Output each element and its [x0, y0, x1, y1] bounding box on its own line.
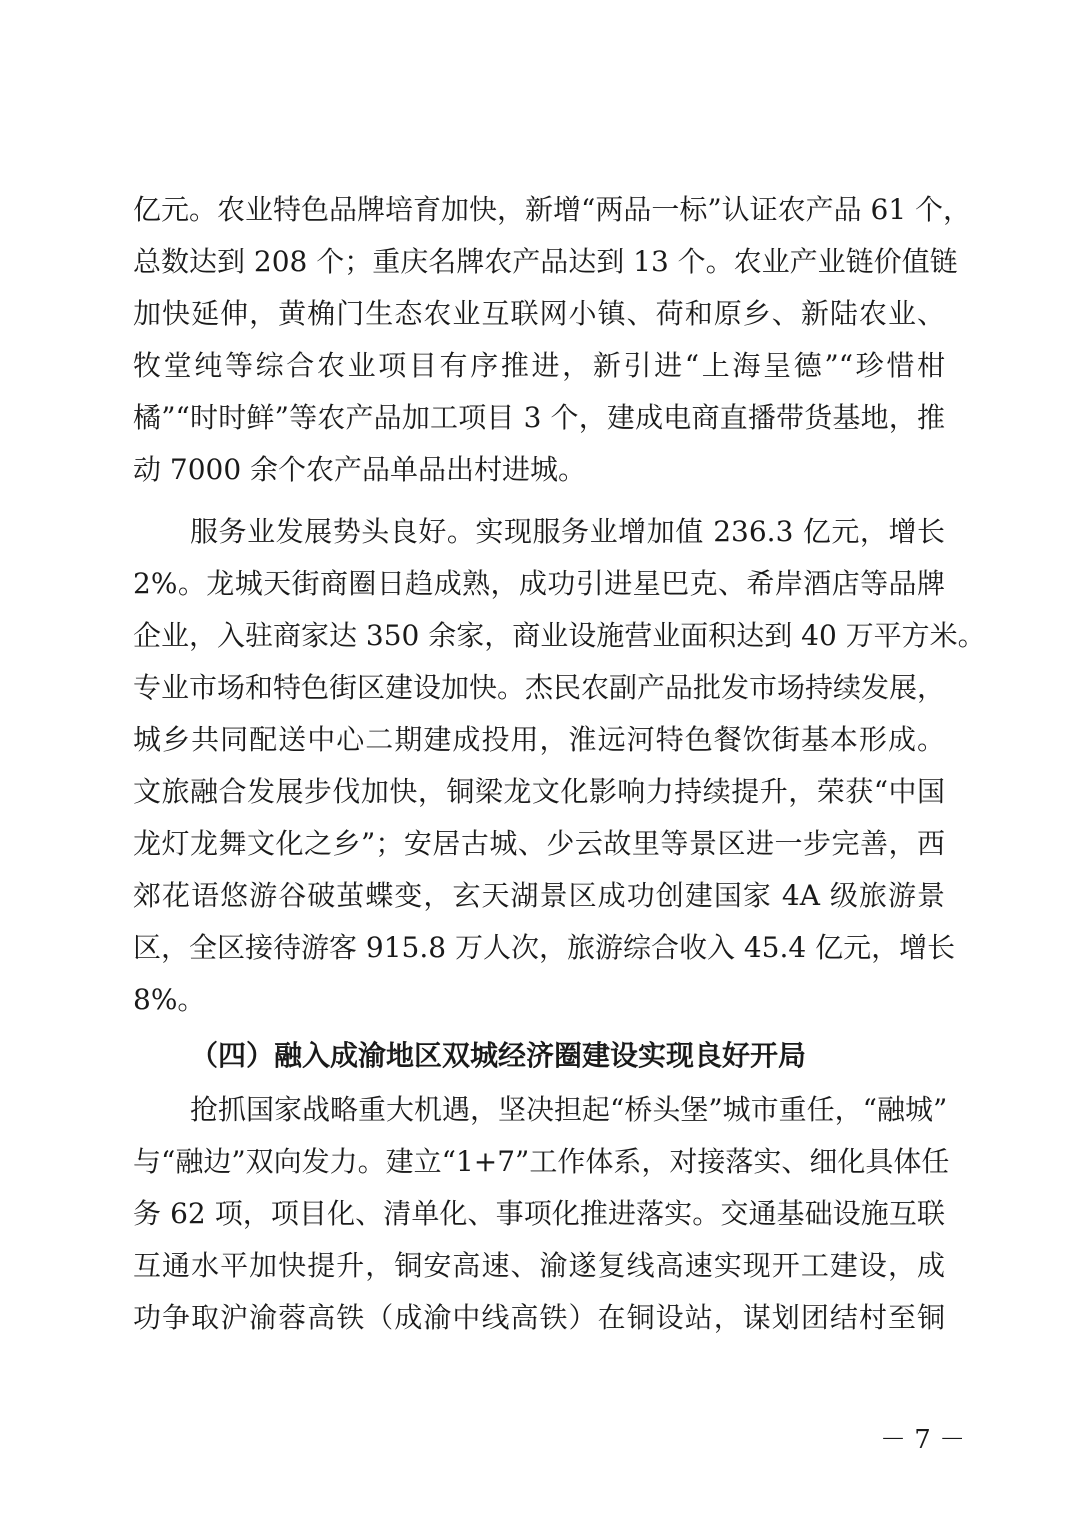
text-line: 2%。龙城天街商圈日趋成熟，成功引进星巴克、希岸酒店等品牌: [133, 564, 945, 604]
section-heading: （四）融入成渝地区双城经济圈建设实现良好开局: [190, 1036, 806, 1076]
text-line: 加快延伸，黄桷门生态农业互联网小镇、荷和原乡、新陆农业、: [133, 294, 945, 334]
text-line: 牧堂纯等综合农业项目有序推进，新引进“上海呈德”“珍惜柑: [133, 346, 945, 386]
text-line: 区，全区接待游客 915.8 万人次，旅游综合收入 45.4 亿元，增长: [133, 928, 945, 968]
text-line: 文旅融合发展步伐加快，铜梁龙文化影响力持续提升，荣获“中国: [133, 772, 945, 812]
text-line: 8%。: [133, 980, 945, 1020]
text-line: 龙灯龙舞文化之乡”；安居古城、少云故里等景区进一步完善，西: [133, 824, 945, 864]
text-line: 企业，入驻商家达 350 余家，商业设施营业面积达到 40 万平方米。: [133, 616, 945, 656]
text-line: 抢抓国家战略重大机遇，坚决担起“桥头堡”城市重任，“融城”: [190, 1090, 945, 1130]
page-number: － 7 －: [880, 1420, 965, 1460]
text-line: 亿元。农业特色品牌培育加快，新增“两品一标”认证农产品 61 个，: [133, 190, 945, 230]
text-line: 城乡共同配送中心二期建成投用，淮远河特色餐饮街基本形成。: [133, 720, 945, 760]
text-line: 橘”“时时鲜”等农产品加工项目 3 个，建成电商直播带货基地，推: [133, 398, 945, 438]
text-line: 互通水平加快提升，铜安高速、渝遂复线高速实现开工建设，成: [133, 1246, 945, 1286]
text-line: 专业市场和特色街区建设加快。杰民农副产品批发市场持续发展，: [133, 668, 945, 708]
text-line: 与“融边”双向发力。建立“1+7”工作体系，对接落实、细化具体任: [133, 1142, 945, 1182]
text-line: 郊花语悠游谷破茧蝶变，玄天湖景区成功创建国家 4A 级旅游景: [133, 876, 945, 916]
text-line: 动 7000 余个农产品单品出村进城。: [133, 450, 945, 490]
text-line: 务 62 项，项目化、清单化、事项化推进落实。交通基础设施互联: [133, 1194, 945, 1234]
text-line: 总数达到 208 个；重庆名牌农产品达到 13 个。农业产业链价值链: [133, 242, 945, 282]
text-line: 服务业发展势头良好。实现服务业增加值 236.3 亿元，增长: [190, 512, 945, 552]
text-line: 功争取沪渝蓉高铁（成渝中线高铁）在铜设站，谋划团结村至铜: [133, 1298, 945, 1338]
document-page: 亿元。农业特色品牌培育加快，新增“两品一标”认证农产品 61 个， 总数达到 2…: [0, 0, 1074, 1520]
